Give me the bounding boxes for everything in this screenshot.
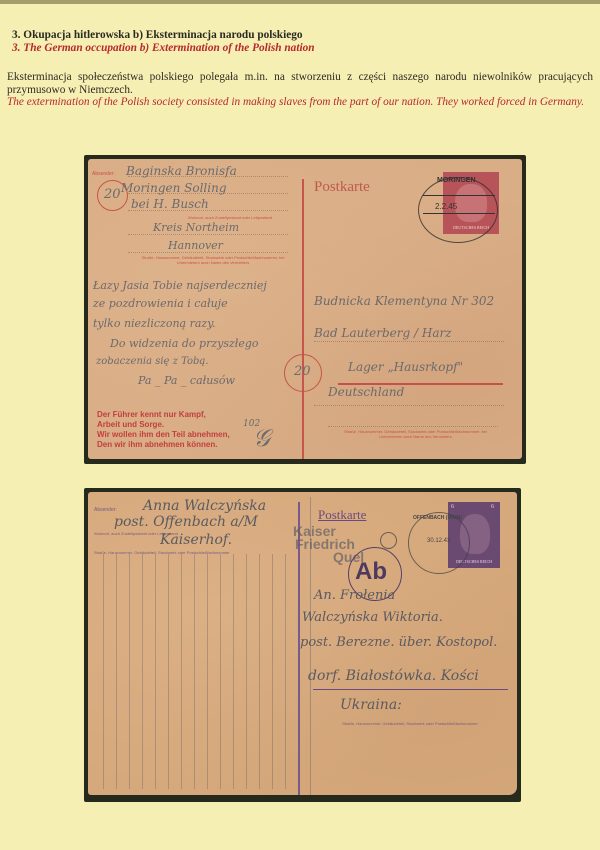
postcard-2-frame: Absender: Anna Walczyńska post. Offenbac… <box>84 488 521 802</box>
postcard-2: Absender: Anna Walczyńska post. Offenbac… <box>88 492 517 795</box>
intro-text: Eksterminacja społeczeństwa polskiego po… <box>7 71 593 109</box>
message-line-6: Pa _ Pa _ całusów <box>138 374 235 387</box>
address-line-1: Budnicka Klementyna Nr 302 <box>314 294 494 308</box>
heading-english: 3. The German occupation b) Exterminatio… <box>12 42 315 55</box>
address-line-4: dorf. Białostówka. Kości <box>308 668 479 684</box>
signature: 𝒢 <box>253 424 270 452</box>
circled-number-right: 20 <box>284 354 322 392</box>
address-caption: Straße, Hausnummer, Gebäudeteil, Stockwe… <box>333 429 498 439</box>
sender-line-2: post. Offenbach a/M <box>114 514 258 530</box>
postcard-1-frame: Absender: 20 Baginska Bronisfa Moringen … <box>84 155 526 464</box>
card-divider <box>302 179 304 459</box>
sender-line-3: Kaiserhof. <box>160 532 232 548</box>
sender-line-4: Kreis Northeim <box>153 221 239 234</box>
postkarte-title: Postkarte <box>318 507 366 523</box>
message-line-2: ze pozdrowienia i całuje <box>93 297 228 310</box>
sender-caption-1: Wohnort, auch Zustellpostamt oder Leitpo… <box>188 215 272 220</box>
address-line-2: Bad Lauterberg / Harz <box>314 326 452 340</box>
address-line-3: Lager „Hausrkopf" <box>348 360 463 374</box>
address-line-5: Ukraina: <box>340 697 402 713</box>
sender-line-5: Hannover <box>168 239 223 252</box>
intro-polish: Eksterminacja społeczeństwa polskiego po… <box>7 71 593 96</box>
sender-caption-2: Straße, Hausnummer, Gebäudeteil, Stockwe… <box>138 255 288 265</box>
message-line-1: Łazy Jasia Tobie najserdeczniej <box>93 279 267 292</box>
sender-label: Absender: <box>92 171 115 177</box>
postmark: OFFENBACH (MAIN) 30.12.43 <box>408 512 470 574</box>
message-line-3: tylko niezliczoną razy. <box>93 317 215 330</box>
address-line-2: Walczyńska Wiktoria. <box>302 610 443 625</box>
address-caption: Straße, Hausnummer, Gebäudeteil, Stockwe… <box>310 721 510 726</box>
sender-line-1: Anna Walczyńska <box>143 498 266 514</box>
vertical-message <box>94 554 294 789</box>
section-heading: 3. Okupacja hitlerowska b) Eksterminacja… <box>12 29 315 55</box>
message-line-5: zobaczenia się z Tobą. <box>96 356 209 367</box>
propaganda-slogan: Der Führer kennt nur Kampf, Arbeit und S… <box>97 410 230 450</box>
address-line-1: An. Frołenia <box>314 588 395 603</box>
sender-line-3: bei H. Busch <box>131 197 209 211</box>
intro-english: The extermination of the Polish society … <box>7 96 593 109</box>
postcard-1: Absender: 20 Baginska Bronisfa Moringen … <box>88 159 522 459</box>
message-line-4: Do widzenia do przyszłego <box>110 337 259 350</box>
address-underline <box>313 689 508 690</box>
postkarte-title: Postkarte <box>314 179 370 196</box>
hourglass-icon <box>380 532 397 549</box>
address-line-3: post. Berezne. über. Kostopol. <box>300 635 497 650</box>
sender-label: Absender: <box>94 507 117 513</box>
postmark: MORINGEN 2.2.45 <box>418 177 498 243</box>
heading-polish: 3. Okupacja hitlerowska b) Eksterminacja… <box>12 29 315 42</box>
top-edge-band <box>0 0 600 4</box>
address-line-4: Deutschland <box>328 385 404 399</box>
